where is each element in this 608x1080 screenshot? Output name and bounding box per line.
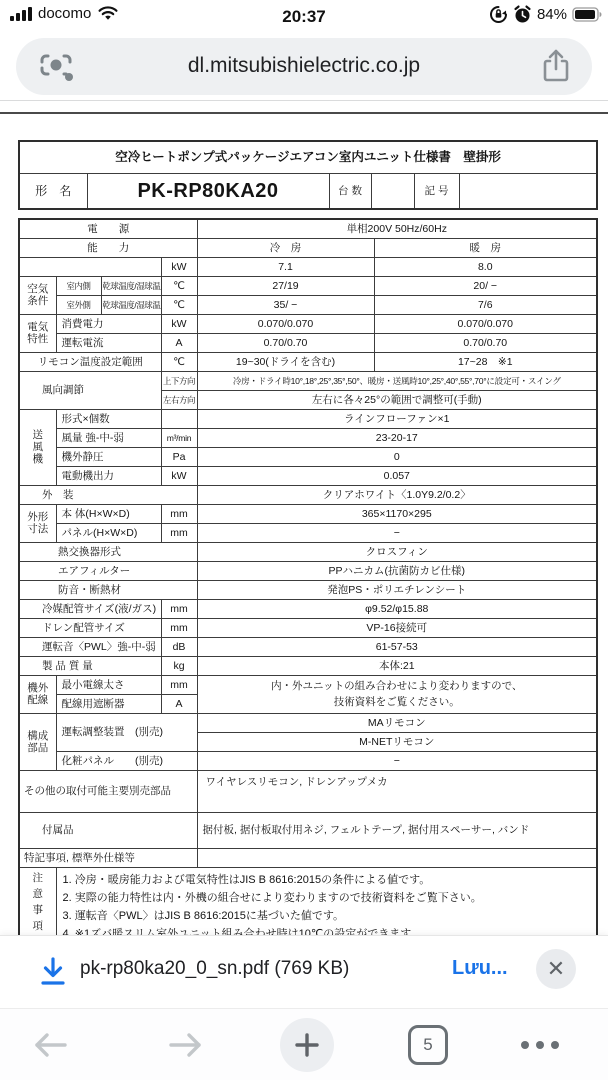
spec-cell: 乾球温度/湿球温度: [101, 295, 161, 314]
spec-cell: 特記事項, 標準外仕様等: [19, 848, 197, 867]
pdf-viewport[interactable]: 空冷ヒートポンプ式パッケージエアコン室内ユニット仕様書 壁掛形形 名PK-RP8…: [0, 114, 608, 935]
spec-cell: 7.1: [197, 257, 374, 276]
spec-cell: 35/ −: [197, 295, 374, 314]
spec-header-table: 空冷ヒートポンプ式パッケージエアコン室内ユニット仕様書 壁掛形形 名PK-RP8…: [18, 140, 598, 210]
browser-toolbar: 5: [0, 1008, 608, 1080]
spec-cell: 運転調整装置 (別売): [56, 713, 197, 751]
spec-cell: 内・外ユニットの組み合わせにより変わりますので、 技術資料をご覧ください。: [197, 675, 597, 713]
spec-cell: 20/ −: [374, 276, 597, 295]
battery-percent: 84%: [537, 6, 567, 23]
spec-cell: 電気 特性: [19, 314, 56, 352]
spec-cell: 台 数: [329, 173, 371, 209]
spec-cell: [197, 848, 597, 867]
spec-cell: [459, 173, 597, 209]
spec-cell: ℃: [161, 352, 197, 371]
spec-cell: dB: [161, 637, 197, 656]
spec-cell: 注 意 事 項: [19, 867, 56, 935]
spec-cell: m³/min: [161, 428, 197, 447]
spec-cell: [371, 173, 414, 209]
spec-cell: 構成 部品: [19, 713, 56, 770]
omnibox-zone: dl.mitsubishielectric.co.jp: [0, 34, 608, 100]
alarm-icon: [513, 5, 532, 24]
spec-cell: 風向調節: [19, 371, 161, 409]
spec-cell: 0.057: [197, 466, 597, 485]
spec-cell: M-NETリモコン: [197, 732, 597, 751]
spec-cell: 23-20-17: [197, 428, 597, 447]
url-label: dl.mitsubishielectric.co.jp: [16, 54, 592, 78]
spec-cell: PPハニカム(抗菌防カビ仕様): [197, 561, 597, 580]
spec-cell: 冷房・ドライ時10°,18°,25°,35°,50°、暖房・送風時10°,25°…: [197, 371, 597, 390]
spec-cell: 化粧パネル (別売): [56, 751, 197, 770]
spec-cell: 冷 房: [197, 238, 374, 257]
spec-cell: 8.0: [374, 257, 597, 276]
tab-count-badge: 5: [408, 1025, 448, 1065]
spec-cell: ラインフローファン×1: [197, 409, 597, 428]
spec-cell: 発泡PS・ポリエチレンシート: [197, 580, 597, 599]
spec-cell: 形 名: [19, 173, 87, 209]
spec-cell: −: [197, 523, 597, 542]
spec-cell: クリアホワイト〈1.0Y9.2/0.2〉: [197, 485, 597, 504]
spec-cell: 運転音〈PWL〉強-中-弱: [19, 637, 161, 656]
spec-cell: mm: [161, 523, 197, 542]
download-bar: pk-rp80ka20_0_sn.pdf (769 KB) Lưu... ✕: [0, 935, 608, 1009]
spec-cell: クロスフィン: [197, 542, 597, 561]
spec-cell: 61-57-53: [197, 637, 597, 656]
spec-cell: 電動機出力: [56, 466, 161, 485]
share-icon[interactable]: [540, 49, 572, 85]
spec-cell: Pa: [161, 447, 197, 466]
spec-cell: 電 源: [19, 219, 197, 238]
spec-cell: 付属品: [19, 812, 197, 848]
spec-cell: [19, 257, 161, 276]
spec-cell: 0.70/0.70: [374, 333, 597, 352]
spec-cell: 最小電線太さ: [56, 675, 161, 694]
spec-cell: kW: [161, 257, 197, 276]
spec-cell: 0.70/0.70: [197, 333, 374, 352]
spec-cell: [161, 409, 197, 428]
iphone-chrome-screen: { "status_bar": {"carrier":"docomo","tim…: [0, 0, 608, 1080]
save-button[interactable]: Lưu...: [452, 957, 508, 980]
spec-cell: 記 号: [414, 173, 459, 209]
spec-cell: MAリモコン: [197, 713, 597, 732]
spec-cell: 熱交換器形式: [19, 542, 197, 561]
download-filename: pk-rp80ka20_0_sn.pdf (769 KB): [80, 958, 349, 980]
spec-cell: ℃: [161, 295, 197, 314]
spec-cell: 上下方向: [161, 371, 197, 390]
spec-cell: 外形 寸法: [19, 504, 56, 542]
ellipsis-icon: [521, 1041, 559, 1049]
spec-cell: 単相200V 50Hz/60Hz: [197, 219, 597, 238]
spec-cell: 0: [197, 447, 597, 466]
spec-cell: 形式×個数: [56, 409, 161, 428]
spec-cell: 空冷ヒートポンプ式パッケージエアコン室内ユニット仕様書 壁掛形: [19, 141, 597, 173]
spec-cell: 27/19: [197, 276, 374, 295]
spec-cell: 19~30(ドライを含む): [197, 352, 374, 371]
spec-cell: 室内側: [56, 276, 101, 295]
close-download-button[interactable]: ✕: [536, 949, 576, 989]
spec-cell: 17~28 ※1: [374, 352, 597, 371]
spec-cell: 運転電流: [56, 333, 161, 352]
spec-cell: −: [197, 751, 597, 770]
menu-button[interactable]: [510, 1009, 570, 1080]
spec-cell: VP-16接続可: [197, 618, 597, 637]
spec-cell: PK-RP80KA20: [87, 173, 329, 209]
omnibox[interactable]: dl.mitsubishielectric.co.jp: [16, 38, 592, 95]
battery-icon: [572, 7, 602, 22]
spec-cell: 室外側: [56, 295, 101, 314]
spec-main-table: 電 源単相200V 50Hz/60Hz能 力冷 房暖 房kW7.18.0空気 条…: [18, 218, 598, 935]
spec-cell: 消費電力: [56, 314, 161, 333]
spec-cell: kW: [161, 466, 197, 485]
spec-cell: 空気 条件: [19, 276, 56, 314]
spec-cell: 暖 房: [374, 238, 597, 257]
spec-cell: kW: [161, 314, 197, 333]
spec-cell: 風量 強-中-弱: [56, 428, 161, 447]
spec-cell: ℃: [161, 276, 197, 295]
plus-icon: [280, 1018, 334, 1072]
spec-cell: その他の取付可能主要別売部品: [19, 770, 197, 812]
spec-cell: 防音・断熱材: [19, 580, 197, 599]
spec-cell: 乾球温度/湿球温度: [101, 276, 161, 295]
spec-cell: 左右に各々25°の範囲で調整可(手動): [197, 390, 597, 409]
forward-button[interactable]: [156, 1009, 216, 1080]
spec-cell: φ9.52/φ15.88: [197, 599, 597, 618]
spec-cell: 冷媒配管サイズ(液/ガス): [19, 599, 161, 618]
new-tab-button[interactable]: [277, 1009, 337, 1080]
spec-cell: ワイヤレスリモコン, ドレンアップメカ: [197, 770, 597, 812]
spec-cell: A: [161, 694, 197, 713]
download-icon: [36, 955, 70, 994]
spec-cell: 配線用遮断器: [56, 694, 161, 713]
spec-cell: mm: [161, 675, 197, 694]
spec-cell: 0.070/0.070: [197, 314, 374, 333]
spec-cell: リモコン温度設定範囲: [19, 352, 161, 371]
spec-cell: 外 装: [19, 485, 197, 504]
toolbar-divider: [0, 100, 608, 101]
spec-cell: 0.070/0.070: [374, 314, 597, 333]
rotation-lock-icon: [489, 5, 508, 24]
spec-cell: A: [161, 333, 197, 352]
status-bar: docomo 20:37 84%: [0, 0, 608, 34]
spec-cell: 本 体(H×W×D): [56, 504, 161, 523]
spec-cell: mm: [161, 504, 197, 523]
status-right: 84%: [489, 5, 602, 24]
spec-cell: 左右方向: [161, 390, 197, 409]
spec-cell: 製 品 質 量: [19, 656, 161, 675]
spec-cell: 365×1170×295: [197, 504, 597, 523]
spec-cell: mm: [161, 618, 197, 637]
spec-cell: ドレン配管サイズ: [19, 618, 161, 637]
spec-cell: 能 力: [19, 238, 197, 257]
spec-cell: kg: [161, 656, 197, 675]
spec-cell: mm: [161, 599, 197, 618]
spec-cell: 機外静圧: [56, 447, 161, 466]
spec-cell: 7/6: [374, 295, 597, 314]
spec-cell: 送 風 機: [19, 409, 56, 485]
back-button[interactable]: [20, 1009, 80, 1080]
spec-cell: 機外 配線: [19, 675, 56, 713]
spec-cell: 1. 冷房・暖房能力および電気特性はJIS B 8616:2015の条件による値…: [56, 867, 597, 935]
tab-switcher-button[interactable]: 5: [398, 1009, 458, 1080]
spec-cell: 本体:21: [197, 656, 597, 675]
spec-cell: エアフィルター: [19, 561, 197, 580]
spec-cell: パネル(H×W×D): [56, 523, 161, 542]
spec-cell: 据付板, 据付板取付用ネジ, フェルトテープ, 据付用スペーサー, バンド: [197, 812, 597, 848]
